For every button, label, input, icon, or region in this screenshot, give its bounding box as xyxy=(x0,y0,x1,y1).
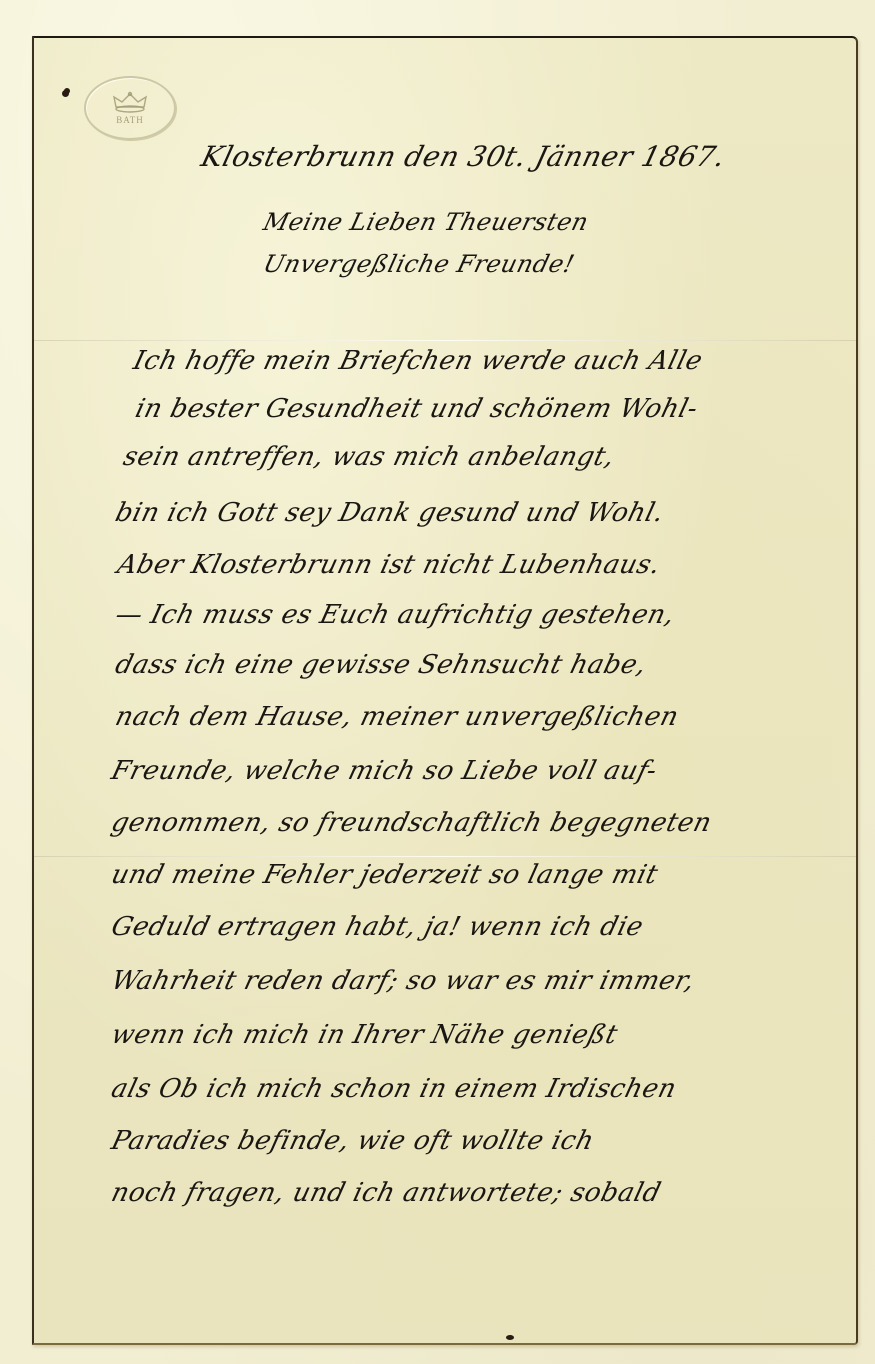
body-line: bin ich Gott sey Dank gesund und Wohl. xyxy=(112,498,667,528)
body-line: — Ich muss es Euch aufrichtig gestehen, xyxy=(112,600,678,630)
body-line: Freunde, welche mich so Liebe voll auf- xyxy=(108,756,660,786)
body-line: Geduld ertragen habt, ja! wenn ich die xyxy=(108,912,646,942)
body-line: Ich hoffe mein Briefchen werde auch Alle xyxy=(130,346,706,376)
body-line: dass ich eine gewisse Sehnsucht habe, xyxy=(112,650,649,680)
embossed-stamp: BATH xyxy=(84,76,176,140)
stamp-text: BATH xyxy=(116,115,144,125)
salutation-line: Meine Lieben Theuersten xyxy=(261,208,592,236)
crown-icon xyxy=(110,91,150,113)
body-line: nach dem Hause, meiner unvergeßlichen xyxy=(112,702,682,732)
paper-fold xyxy=(34,856,856,857)
body-line: wenn ich mich in Ihrer Nähe genießt xyxy=(108,1020,621,1050)
body-line: Paradies befinde, wie oft wollte ich xyxy=(108,1126,597,1156)
paper-fold xyxy=(34,340,856,341)
body-line: Wahrheit reden darf; so war es mir immer… xyxy=(108,966,698,996)
body-line: sein antreffen, was mich anbelangt, xyxy=(120,442,618,472)
body-line: Aber Klosterbrunn ist nicht Lubenhaus. xyxy=(114,550,663,580)
ink-spot xyxy=(64,88,70,94)
body-line: genommen, so freundschaftlich begegneten xyxy=(108,808,715,838)
ink-spot xyxy=(506,1335,514,1340)
body-line: in bester Gesundheit und schönem Wohl- xyxy=(132,394,701,424)
letter-sheet: BATH Klosterbrunn den 30t. Jänner 1867. … xyxy=(32,36,858,1345)
body-line: und meine Fehler jederzeit so lange mit xyxy=(108,860,661,890)
salutation-line: Unvergeßliche Freunde! xyxy=(261,250,578,278)
body-line: als Ob ich mich schon in einem Irdischen xyxy=(108,1074,679,1104)
body-line: noch fragen, und ich antwortete; sobald xyxy=(108,1178,664,1208)
date-line: Klosterbrunn den 30t. Jänner 1867. xyxy=(198,140,729,173)
